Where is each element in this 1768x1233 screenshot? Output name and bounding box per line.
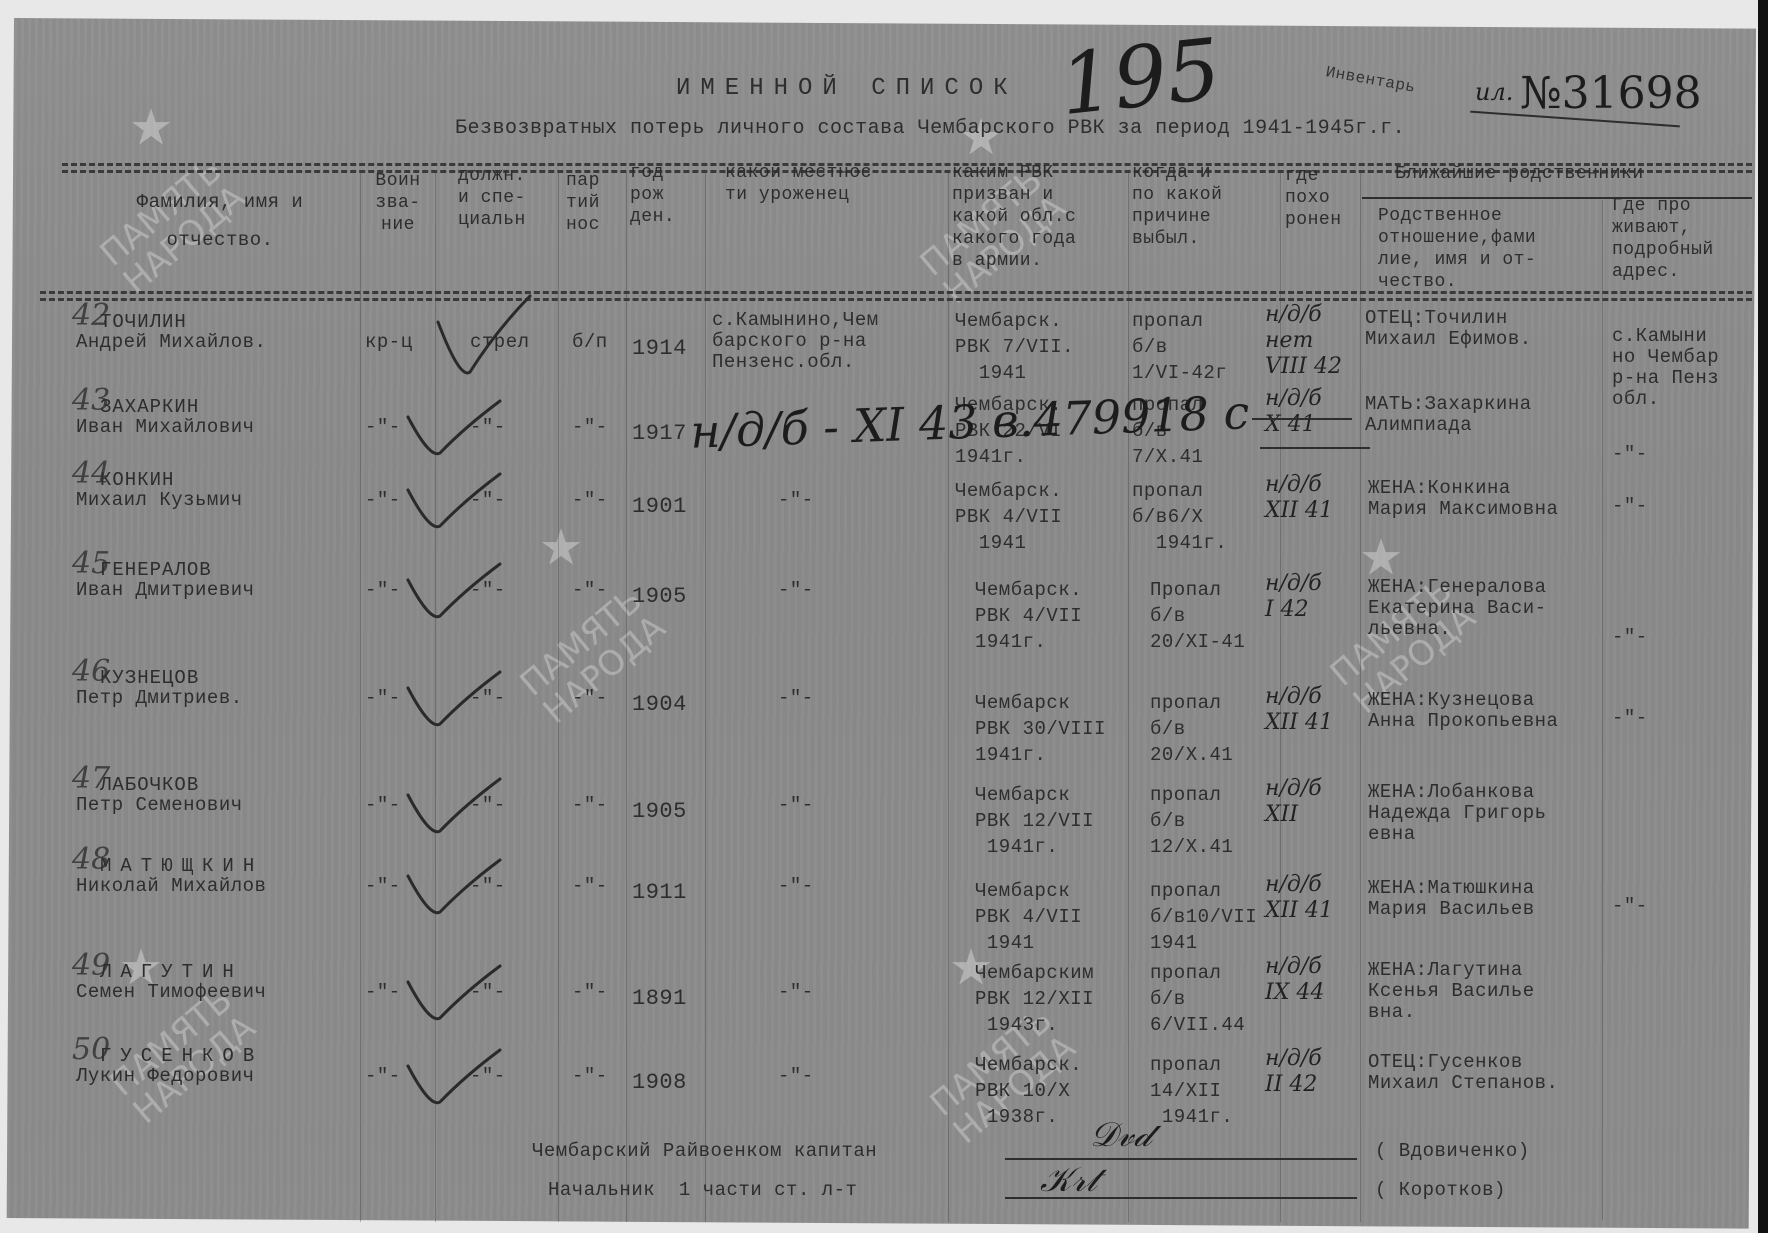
row-drafted: Чембарск. РВК 10/X 1938г.: [975, 1052, 1082, 1130]
row-surname: ЗАХАРКИН: [100, 397, 199, 418]
row-rank: -"-: [365, 688, 401, 709]
row-birth-year: 1908: [632, 1072, 687, 1093]
row-birth-year: 1917: [632, 423, 687, 444]
row-surname: МАТЮЩКИН: [100, 856, 263, 877]
tick-mark-icon: [400, 962, 510, 1037]
tick-mark-icon: [400, 470, 510, 545]
row-relation: ОТЕЦ:Гусенков Михаил Степанов.: [1368, 1052, 1558, 1094]
stamp-prefix: ил.: [1475, 78, 1513, 106]
document-title: ИМЕННОЙ СПИСОК: [676, 78, 1018, 99]
row-drafted: Чембарск. РВК 4/VII 1941г.: [975, 577, 1082, 655]
header-relatives-group: Ближайшие родственники: [1395, 163, 1644, 185]
row-given-names: Николай Михайлов: [76, 876, 266, 897]
header-bottom-rule: [40, 298, 1752, 301]
row-rank: -"-: [365, 876, 401, 897]
row-drafted: Чембарск. РВК 4/VII 1941: [955, 478, 1062, 556]
column-divider: [948, 172, 949, 1222]
signature-scribble: 𝒦𝓇𝓉: [1040, 1160, 1097, 1200]
row-given-names: Михаил Кузьмич: [76, 490, 243, 511]
row-address: с.Камыни но Чембар р-на Пенз обл.: [1612, 326, 1719, 410]
row-birth-year: 1891: [632, 988, 687, 1009]
row-when-why: пропал 14/XII 1941г.: [1150, 1052, 1233, 1130]
row-rank: -"-: [365, 1066, 401, 1087]
header-birth-year: год рож ден.: [630, 162, 675, 228]
row-party: -"-: [572, 580, 608, 601]
row-address: -"-: [1612, 896, 1648, 917]
column-divider: [1602, 200, 1603, 1220]
row-given-names: Иван Михайлович: [76, 417, 255, 438]
column-divider: [558, 172, 559, 1222]
column-divider: [360, 172, 361, 1222]
row-buried-note: н/д/б XII: [1265, 776, 1322, 828]
column-divider: [626, 172, 627, 1222]
row-given-names: Андрей Михайлов.: [76, 332, 266, 353]
row-buried-note: н/д/б I 42: [1265, 571, 1322, 623]
row-birthplace: -"-: [778, 876, 814, 897]
row-given-names: Семен Тимофеевич: [76, 982, 266, 1003]
row-address: -"-: [1612, 496, 1648, 517]
row-birthplace: -"-: [778, 795, 814, 816]
tick-mark-icon: [400, 856, 510, 931]
row-party: -"-: [572, 982, 608, 1003]
row-address: -"-: [1612, 444, 1648, 465]
header-when-why: когда и по какой причине выбыл.: [1132, 162, 1222, 250]
row-buried-note: н/д/б XII 41: [1265, 872, 1333, 924]
row-drafted: Чембарск РВК 12/VII 1941г.: [975, 782, 1094, 860]
row-birthplace: -"-: [778, 1066, 814, 1087]
tick-mark-icon: [400, 560, 510, 635]
tick-mark-icon: [400, 397, 510, 472]
header-relation: Родственное отношение,фами лие, имя и от…: [1378, 205, 1536, 293]
tick-mark-icon: [400, 1046, 510, 1121]
header-drafted: каким РВК призван и какой обл.с какого г…: [952, 162, 1076, 272]
row-buried-note: н/д/б X 41: [1265, 386, 1322, 438]
row-party: -"-: [572, 490, 608, 511]
tick-mark-icon: [400, 775, 510, 850]
row-rank: -"-: [365, 490, 401, 511]
strikethrough: [1252, 418, 1352, 420]
stamp-number: №31698: [1520, 68, 1702, 119]
column-divider: [1360, 172, 1361, 1222]
row-address: -"-: [1612, 708, 1648, 729]
row-surname: ГЕНЕРАЛОВ: [100, 560, 212, 581]
row-relation: ЖЕНА:Кузнецова Анна Прокопьевна: [1368, 690, 1558, 732]
row-birth-year: 1911: [632, 882, 687, 903]
header-position: должн. и спе- циальн: [458, 165, 526, 231]
column-divider: [1128, 172, 1129, 1222]
signature-role-1: Чембарский Райвоенком капитан: [532, 1141, 877, 1162]
row-surname: ЛАБОЧКОВ: [100, 775, 199, 796]
row-rank: кр-ц: [365, 332, 413, 353]
column-divider: [705, 172, 706, 1222]
row-rank: -"-: [365, 417, 401, 438]
row-when-why: пропал б/в 20/X.41: [1150, 690, 1233, 768]
row-when-why: пропал б/в 6/VII.44: [1150, 960, 1245, 1038]
row-when-why: пропал б/в 12/X.41: [1150, 782, 1233, 860]
row-relation: ОТЕЦ:Точилин Михаил Ефимов.: [1365, 308, 1532, 350]
row-given-names: Петр Дмитриев.: [76, 688, 243, 709]
row-when-why: пропал б/в10/VII 1941: [1150, 878, 1257, 956]
row-buried-note: н/д/б нет VIII 42: [1265, 302, 1342, 380]
tick-mark-icon: [430, 292, 540, 387]
header-birthplace: какой местнос ти уроженец: [725, 162, 872, 206]
row-party: -"-: [572, 1066, 608, 1087]
row-relation: ЖЕНА:Матюшкина Мария Васильев: [1368, 878, 1535, 920]
row-birth-year: 1905: [632, 801, 687, 822]
row-buried-note: н/д/б XII 41: [1265, 472, 1333, 524]
row-relation: МАТЬ:Захаркина Алимпиада: [1365, 394, 1532, 436]
row-birthplace: -"-: [778, 490, 814, 511]
signature-role-2: Начальник 1 части ст. л-т: [548, 1180, 857, 1201]
row-relation: ЖЕНА:Лобанкова Надежда Григорь евна: [1368, 782, 1547, 845]
row-given-names: Лукин Федорович: [76, 1066, 255, 1087]
row-when-why: пропал б/в6/X 1941г.: [1132, 478, 1227, 556]
row-birthplace: -"-: [778, 580, 814, 601]
row-birth-year: 1905: [632, 586, 687, 607]
row-surname: ЛАГУТИН: [100, 962, 243, 983]
row-birthplace: -"-: [778, 688, 814, 709]
row-buried-note: н/д/б IX 44: [1265, 954, 1324, 1006]
strikethrough: [1260, 447, 1370, 449]
header-rank: Воин зва- ние: [362, 170, 434, 236]
header-address: Где про живают, подробный адрес.: [1612, 195, 1714, 283]
row-rank: -"-: [365, 795, 401, 816]
header-party: пар тий нос: [566, 170, 600, 236]
row-given-names: Иван Дмитриевич: [76, 580, 255, 601]
handwritten-top-number: 195: [1055, 20, 1225, 134]
row-buried-note: н/д/б XII 41: [1265, 684, 1333, 736]
signature-scribble: 𝒟𝓋𝒹: [1090, 1115, 1151, 1155]
signature-name-2: ( Коротков): [1375, 1180, 1506, 1201]
header-name: Фамилия, имя и отчество.: [100, 183, 340, 259]
row-birth-year: 1904: [632, 694, 687, 715]
tick-mark-icon: [400, 668, 510, 743]
row-buried-note: н/д/б II 42: [1265, 1046, 1322, 1098]
row-drafted: Чембарским РВК 12/XII 1943г.: [975, 960, 1094, 1038]
row-birth-year: 1914: [632, 338, 687, 359]
row-surname: ГУСЕНКОВ: [100, 1046, 263, 1067]
document-subtitle: Безвозвратных потерь личного состава Чем…: [455, 118, 1405, 139]
row-address: -"-: [1612, 627, 1648, 648]
header-buried: где похо ронен: [1285, 165, 1342, 231]
row-relation: ЖЕНА:Лагутина Ксенья Василье вна.: [1368, 960, 1535, 1023]
row-party: -"-: [572, 688, 608, 709]
row-party: -"-: [572, 417, 608, 438]
signature-name-1: ( Вдовиченко): [1375, 1141, 1530, 1162]
row-birth-year: 1901: [632, 496, 687, 517]
row-relation: ЖЕНА:Конкина Мария Максимовна: [1368, 478, 1558, 520]
scan-edge: [1758, 0, 1768, 1233]
row-birthplace: с.Камынино,Чем барского р-на Пензенс.обл…: [712, 310, 879, 373]
row-party: -"-: [572, 795, 608, 816]
row-when-why: Пропал б/в 20/XI-41: [1150, 577, 1245, 655]
row-surname: КОНКИН: [100, 470, 174, 491]
row-drafted: Чембарск. РВК 7/VII. 1941: [955, 308, 1074, 386]
row-party: -"-: [572, 876, 608, 897]
row-rank: -"-: [365, 982, 401, 1003]
row-surname: ТОЧИЛИН: [100, 312, 187, 333]
row-surname: КУЗНЕЦОВ: [100, 668, 199, 689]
row-drafted: Чембарск РВК 30/VIII 1941г.: [975, 690, 1106, 768]
row-when-why: пропал б/в 1/VI-42г: [1132, 308, 1227, 386]
row-drafted: Чембарск РВК 4/VII 1941: [975, 878, 1082, 956]
row-rank: -"-: [365, 580, 401, 601]
row-relation: ЖЕНА:Генералова Екатерина Васи- льевна.: [1368, 577, 1547, 640]
row-given-names: Петр Семенович: [76, 795, 243, 816]
row-party: б/п: [572, 332, 608, 353]
row-birthplace: -"-: [778, 982, 814, 1003]
